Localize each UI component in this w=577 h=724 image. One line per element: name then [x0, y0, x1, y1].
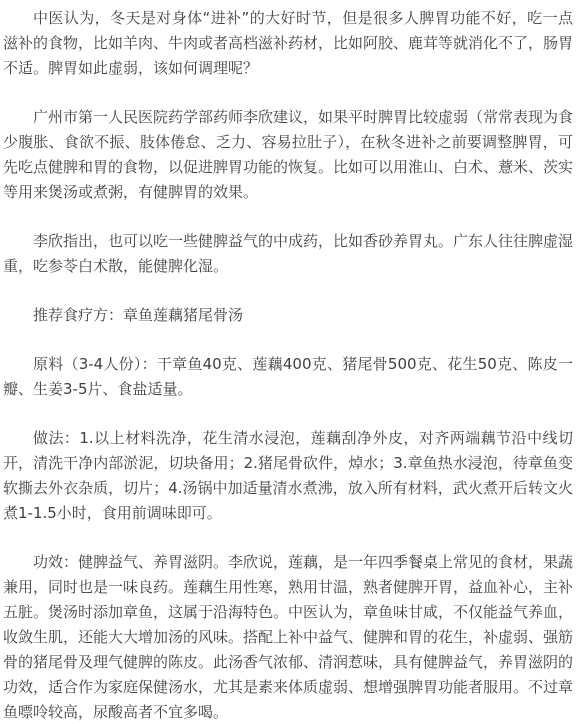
article-body: 中医认为，冬天是对身体“进补”的大好时节，但是很多人脾胃功能不好，吃一点滋补的食… [0, 0, 577, 724]
recipe-title: 推荐食疗方：章鱼莲藕猪尾骨汤 [3, 303, 573, 328]
paragraph-intro: 中医认为，冬天是对身体“进补”的大好时节，但是很多人脾胃功能不好，吃一点滋补的食… [3, 6, 573, 81]
recipe-ingredients: 原料（3-4人份）：干章鱼40克、莲藕400克、猪尾骨500克、花生50克、陈皮… [3, 352, 573, 402]
recipe-benefits: 功效：健脾益气、养胃滋阴。李欣说，莲藕，是一年四季餐桌上常见的食材，果蔬兼用，同… [3, 550, 573, 724]
paragraph-pharmacist-advice: 广州市第一人民医院药学部药师李欣建议，如果平时脾胃比较虚弱（常常表现为食少腹胀、… [3, 105, 573, 205]
recipe-steps: 做法：1.以上材料洗净，花生清水浸泡，莲藕刮净外皮，对齐两端藕节沿中线切开，清洗… [3, 426, 573, 526]
paragraph-patent-medicine: 李欣指出，也可以吃一些健脾益气的中成药，比如香砂养胃丸。广东人往往脾虚湿重，吃参… [3, 229, 573, 279]
